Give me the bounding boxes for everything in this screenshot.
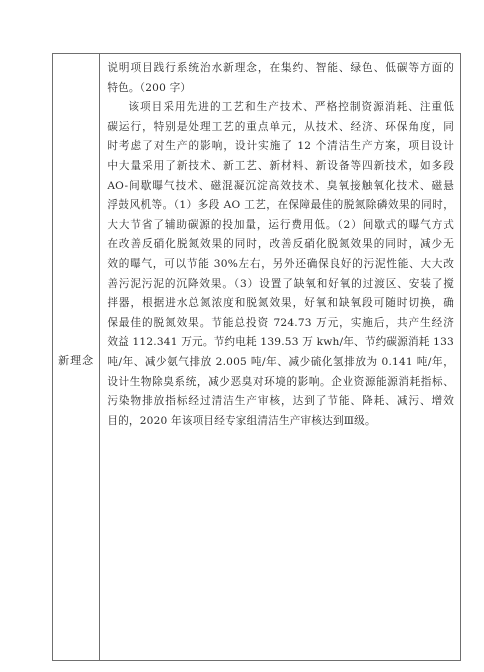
content-table: 新理念 说明项目践行系统治水新理念，在集约、智能、绿色、低碳等方面的 特色。（2… (52, 53, 461, 661)
label-cell: 新理念 (53, 54, 100, 660)
body-line: 善污泥污泥的沉降效果。（3）设置了缺氧和好氧的过渡区、安装了搅 (107, 275, 454, 295)
body-line: 中大量采用了新技术、新工艺、新材料、新设备等四新技术，如多段 (107, 157, 454, 177)
prompt-line: 说明项目践行系统治水新理念，在集约、智能、绿色、低碳等方面的 (107, 59, 454, 79)
body-line: 拌器，根据进水总氮浓度和脱氮效果，好氧和缺氧段可随时切换，确 (107, 294, 454, 314)
body-line: 时考虑了对生产的影响，设计实施了 12 个清洁生产方案，项目设计 (107, 137, 454, 157)
row-label: 新理念 (58, 352, 94, 368)
body-line: 碳运行，特别是处理工艺的重点单元，从技术、经济、环保角度，同 (107, 118, 454, 138)
body-line: 污染物排放指标经过清洁生产审核，达到了节能、降耗、减污、增效 (107, 392, 454, 412)
content-cell: 说明项目践行系统治水新理念，在集约、智能、绿色、低碳等方面的 特色。（200 字… (100, 54, 460, 660)
body-line: 保最佳的脱氮效果。节能总投资 724.73 万元，实施后，共产生经济 (107, 314, 454, 334)
prompt-line: 特色。（200 字） (107, 79, 454, 99)
body-line: 大大节省了辅助碳源的投加量，运行费用低。（2）间歇式的曝气方式 (107, 216, 454, 236)
body-line: 效的曝气，可以节能 30%左右，另外还确保良好的污泥性能、大大改 (107, 255, 454, 275)
body-line: 在改善反硝化脱氮效果的同时，改善反硝化脱氮效果的同时，减少无 (107, 235, 454, 255)
body-line: 吨/年、减少氨气排放 2.005 吨/年、减少硫化氢排放为 0.141 吨/年， (107, 353, 454, 373)
body-line: 目的，2020 年该项目经专家组清洁生产审核达到Ⅲ级。 (107, 412, 454, 432)
body-line: 浮鼓风机等。（1）多段 AO 工艺，在保障最佳的脱氮除磷效果的同时， (107, 196, 454, 216)
body-line: 设计生物除臭系统，减少恶臭对环境的影响。企业资源能源消耗指标、 (107, 373, 454, 393)
body-line: 该项目采用先进的工艺和生产技术、严格控制资源消耗、注重低 (107, 98, 454, 118)
body-line: AO-间歇曝气技术、磁混凝沉淀高效技术、臭氧接触氧化技术、磁悬 (107, 177, 454, 197)
body-line: 效益 112.341 万元。节约电耗 139.53 万 kwh/年、节约碳源消耗… (107, 333, 454, 353)
